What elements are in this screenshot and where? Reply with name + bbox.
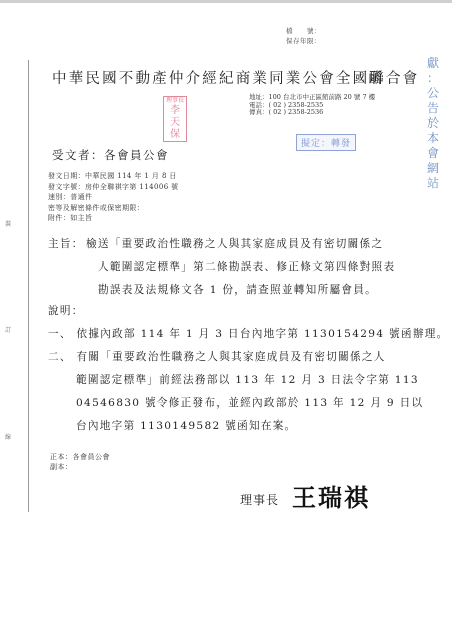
signature-title: 理事長 [240, 491, 279, 508]
fax: 傳真：( 02 ) 2358-2536 [249, 109, 375, 117]
note-char: 獻 [426, 56, 440, 71]
seal-char: 李 [164, 105, 186, 117]
publish-note-vertical: 獻 ： 公 告 於 本 會 網 站 [426, 56, 440, 191]
distribution-block: 正本：各會員公會 副本： [50, 452, 110, 472]
subject-line: 檢送「重要政治性職務之人與其家庭成員及有密切關係之 [86, 233, 395, 256]
issue-date: 發文日期：中華民國 114 年 1 月 8 日 [48, 171, 179, 182]
note-char: 會 [426, 146, 440, 161]
explanation-item-2: 二、 有關「重要政治性職務之人與其家庭成員及有密切關係之人 範圍認定標準」前經法… [48, 346, 423, 438]
organization-title: 中華民國不動產仲介經紀商業同業公會全國聯合會 [52, 67, 419, 88]
recipient: 受文者：各會員公會 [52, 147, 169, 163]
note-char: 公 [426, 86, 440, 101]
original-recipients: 正本：各會員公會 [50, 452, 110, 462]
binding-label-top: 裝 [5, 219, 11, 228]
reference-number: 發文字號：房仲全聯祺字第 114006 號 [48, 182, 179, 193]
item-line: 有關「重要政治性職務之人與其家庭成員及有密切關係之人 [76, 351, 385, 363]
secrecy-level: 密等及解密條件或保密期限： [48, 203, 179, 214]
document-meta: 發文日期：中華民國 114 年 1 月 8 日 發文字號：房仲全聯祺字第 114… [48, 171, 179, 224]
note-char: 於 [426, 116, 440, 131]
subject-line: 勘誤表及法規條文各 1 份，請查照並轉知所屬會員。 [86, 279, 395, 302]
scan-edge [0, 0, 452, 3]
item-marker: 一、 [48, 328, 72, 340]
document-type: 函 [368, 67, 383, 88]
explanation-item-1: 一、 依據內政部 114 年 1 月 3 日台內地字第 1130154294 號… [48, 323, 449, 346]
note-char: 網 [426, 161, 440, 176]
item-line: 依據內政部 114 年 1 月 3 日台內地字第 1130154294 號函辦理… [76, 328, 448, 340]
seal-char: 天 [164, 117, 186, 129]
note-char: 站 [426, 176, 440, 191]
binding-label-bottom: 線 [5, 432, 11, 441]
signature-name: 王瑞祺 [292, 478, 370, 513]
retention-period-label: 保存年限： [286, 36, 321, 45]
copy-recipients: 副本： [50, 462, 110, 472]
seal-char: 保 [164, 129, 186, 141]
item-marker: 二、 [48, 351, 72, 363]
subject-body: 檢送「重要政治性職務之人與其家庭成員及有密切關係之 人範圍認定標準」第二條勘誤表… [86, 233, 395, 302]
explanation-label: 說明： [48, 300, 84, 323]
item-line: 04546830 號令修正發布，並經內政部於 113 年 12 月 9 日以 [48, 392, 423, 415]
subject-label: 主旨： [48, 233, 84, 256]
item-line: 範圍認定標準」前經法務部以 113 年 12 月 3 日法令字第 113 [48, 369, 423, 392]
attachment: 附件：如主旨 [48, 213, 179, 224]
binding-line [28, 60, 29, 512]
seal-title: 理事長 [164, 97, 186, 105]
note-char: 本 [426, 131, 440, 146]
note-char: ： [426, 71, 440, 86]
note-char: 告 [426, 101, 440, 116]
draft-forward-stamp: 擬定：轉發 [296, 134, 356, 151]
file-number-label: 檔 號： [286, 26, 321, 35]
binding-label-middle: 訂 [5, 325, 11, 334]
contact-block: 地址：100 台北市中正區館前路 20 號 7 樓 電話：( 02 ) 2358… [249, 94, 375, 117]
delivery-speed: 速別：普通件 [48, 192, 179, 203]
chairman-seal: 理事長 李 天 保 [163, 96, 187, 142]
item-line: 台內地字第 1130149582 號函知在案。 [48, 415, 423, 438]
subject-line: 人範圍認定標準」第二條勘誤表、修正條文第四條對照表 [86, 256, 395, 279]
